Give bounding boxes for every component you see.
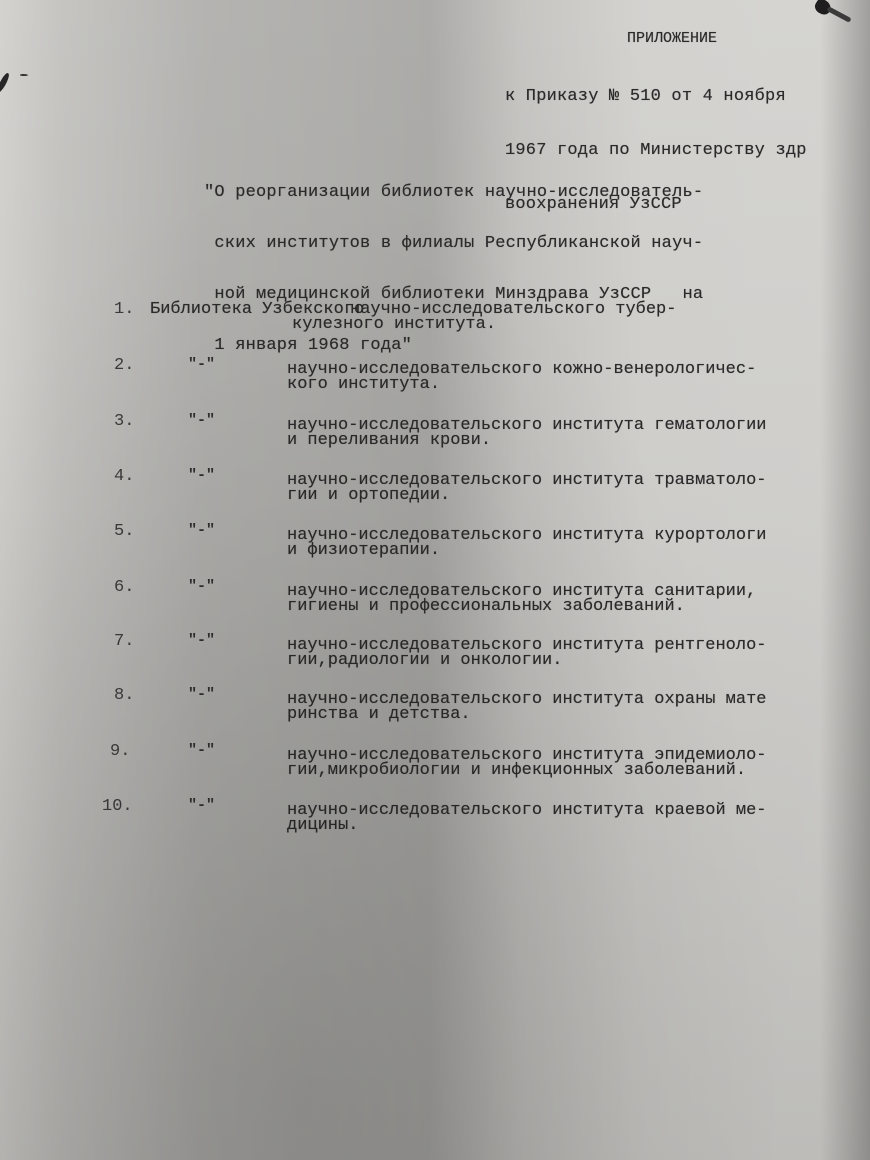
item-text: научно-исследовательского кожно-венероло… [287, 362, 756, 392]
item-text: научно-исследовательского института крае… [287, 803, 766, 833]
title-line: "О реорганизации библиотек научно-исслед… [204, 184, 703, 201]
item-text-line: научно-исследовательского института крае… [287, 803, 766, 818]
item-text-line: гигиены и профессиональных заболеваний. [287, 599, 756, 614]
ditto-mark: "-" [188, 356, 215, 373]
item-text: научно-исследовательского тубер-кулезног… [350, 302, 676, 332]
item-text: научно-исследовательского института сани… [287, 584, 756, 614]
typed-document-page: ПРИЛОЖЕНИЕ к Приказу № 510 от 4 ноября 1… [0, 0, 870, 1160]
ditto-mark: "-" [188, 467, 215, 484]
item-text-line: гии и ортопедии. [287, 488, 766, 503]
ditto-mark: "-" [188, 522, 215, 539]
item-text: научно-исследовательского института гема… [287, 418, 766, 448]
item-text: научно-исследовательского института рент… [287, 638, 766, 668]
item-text-line: гии,радиологии и онкологии. [287, 653, 766, 668]
item-number: 1. [114, 300, 134, 319]
item-number: 3. [114, 412, 134, 431]
ditto-mark: "-" [188, 742, 215, 759]
item-text: научно-исследовательского института охра… [287, 692, 766, 722]
ink-dash-mark [20, 74, 28, 76]
title-line: ских институтов в филиалы Республиканско… [204, 235, 703, 252]
item-text-line: гии,микробиологии и инфекционных заболев… [287, 763, 766, 778]
item-number: 7. [114, 632, 134, 651]
item-text-line: кого института. [287, 377, 756, 392]
item-text-line: и переливания крови. [287, 433, 766, 448]
item-text-line: дицины. [287, 818, 766, 833]
ditto-mark: "-" [188, 686, 215, 703]
ditto-mark: "-" [188, 412, 215, 429]
document-title: "О реорганизации библиотек научно-исслед… [204, 150, 703, 388]
title-line: 1 января 1968 года" [204, 337, 703, 354]
appendix-heading: ПРИЛОЖЕНИЕ [627, 31, 717, 46]
appendix-reference-line: к Приказу № 510 от 4 ноября [505, 88, 807, 106]
item-text: научно-исследовательского института куро… [287, 528, 766, 558]
item-number: 2. [114, 356, 134, 375]
ditto-mark: "-" [188, 578, 215, 595]
item-text-line: и физиотерапии. [287, 543, 766, 558]
item-text: научно-исследовательского института трав… [287, 473, 766, 503]
ink-edge-mark [0, 72, 11, 94]
item-number: 4. [114, 467, 134, 486]
item-number: 5. [114, 522, 134, 541]
item-text: научно-исследовательского института эпид… [287, 748, 766, 778]
item-number: 9. [110, 742, 130, 761]
item-text-line: кулезного института. [292, 317, 676, 332]
item-text-line: ринства и детства. [287, 707, 766, 722]
ink-stroke-mark [826, 6, 851, 23]
ditto-mark: "-" [188, 797, 215, 814]
item-number: 8. [114, 686, 134, 705]
item-number: 10. [102, 797, 133, 816]
item-number: 6. [114, 578, 134, 597]
ditto-mark: "-" [188, 632, 215, 649]
